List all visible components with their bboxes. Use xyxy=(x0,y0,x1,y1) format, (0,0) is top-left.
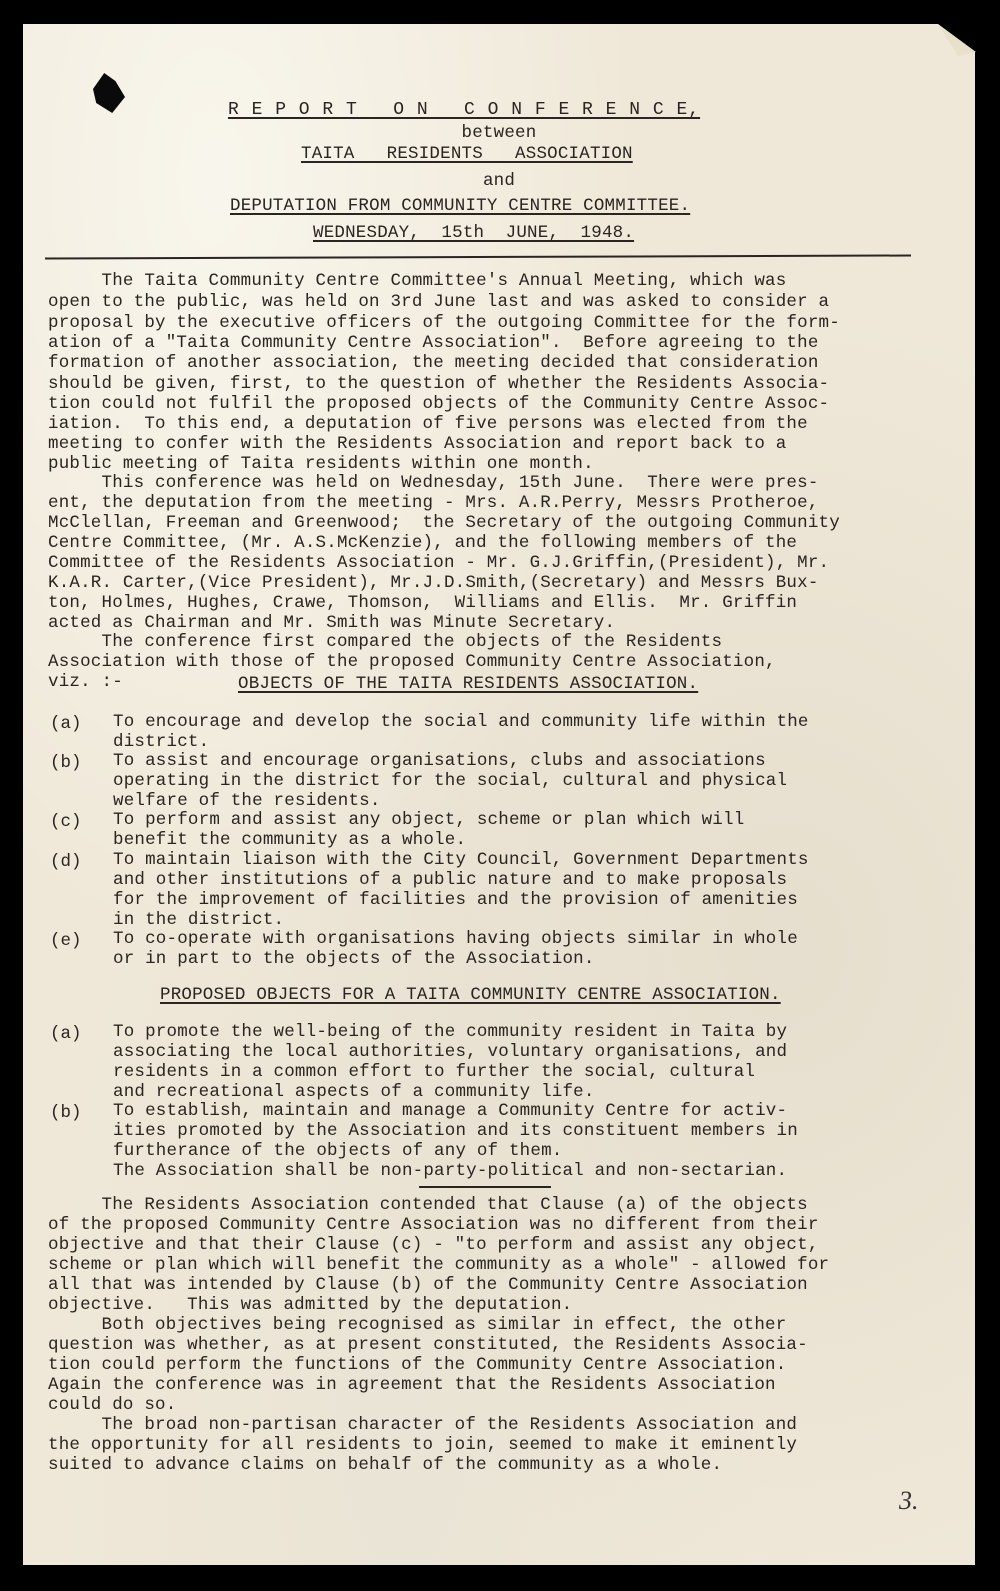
text-line: To assist and encourage organisations, c… xyxy=(113,751,766,771)
text-line: question was whether, as at present cons… xyxy=(48,1335,808,1355)
text-line: To maintain liaison with the City Counci… xyxy=(113,850,809,870)
text-line: and other institutions of a public natur… xyxy=(113,870,787,890)
text-line: To establish, maintain and manage a Comm… xyxy=(113,1101,787,1121)
text-line: objective. This was admitted by the depu… xyxy=(48,1295,572,1315)
party-one-title: TAITA RESIDENTS ASSOCIATION xyxy=(301,144,633,164)
text-line: Again the conference was in agreement th… xyxy=(48,1375,776,1395)
text-line: of the proposed Community Centre Associa… xyxy=(48,1215,819,1235)
text-line: the opportunity for all residents to joi… xyxy=(48,1435,797,1455)
item-label: (b) xyxy=(50,1103,82,1123)
text-line: objective and that their Clause (c) - "t… xyxy=(48,1235,819,1255)
text-line: To co-operate with organisations having … xyxy=(113,929,798,949)
text-line: iation. To this end, a deputation of fiv… xyxy=(48,414,808,434)
text-line: should be given, first, to the question … xyxy=(48,374,829,394)
text-line: public meeting of Taita residents within… xyxy=(48,454,594,474)
text-line: ton, Holmes, Hughes, Crawe, Thomson, Wil… xyxy=(48,593,797,613)
text-line: viz. :- xyxy=(48,672,123,692)
text-line: residents in a common effort to further … xyxy=(113,1062,755,1082)
page-number: 3. xyxy=(899,1486,919,1516)
text-line: Both objectives being recognised as simi… xyxy=(48,1315,786,1335)
party-two-title: DEPUTATION FROM COMMUNITY CENTRE COMMITT… xyxy=(230,196,690,216)
text-line: suited to advance claims on behalf of th… xyxy=(48,1455,722,1475)
section-heading: PROPOSED OBJECTS FOR A TAITA COMMUNITY C… xyxy=(160,985,781,1005)
text-line: Committee of the Residents Association -… xyxy=(48,553,829,573)
text-line: The Taita Community Centre Committee's A… xyxy=(48,271,786,291)
text-line: Association with those of the proposed C… xyxy=(48,652,776,672)
text-line: K.A.R. Carter,(Vice President), Mr.J.D.S… xyxy=(48,573,819,593)
item-label: (b) xyxy=(50,753,82,773)
section-heading: OBJECTS OF THE TAITA RESIDENTS ASSOCIATI… xyxy=(238,674,698,694)
text-line: The broad non-partisan character of the … xyxy=(48,1415,797,1435)
text-line: The Residents Association contended that… xyxy=(48,1195,808,1215)
report-title: R E P O R T O N C O N F E R E N C E, xyxy=(228,100,700,120)
item-label: (d) xyxy=(50,852,82,872)
text-line: furtherance of the objects of any of the… xyxy=(113,1141,562,1161)
conference-date: WEDNESDAY, 15th JUNE, 1948. xyxy=(313,223,634,243)
header-divider xyxy=(45,254,911,259)
between-label: between xyxy=(23,123,975,143)
text-line: To perform and assist any object, scheme… xyxy=(113,810,744,830)
text-line: formation of another association, the me… xyxy=(48,353,819,373)
text-line: ities promoted by the Association and it… xyxy=(113,1121,798,1141)
document-page: R E P O R T O N C O N F E R E N C E, bet… xyxy=(23,24,975,1565)
text-line: ent, the deputation from the meeting - M… xyxy=(48,493,819,513)
text-line: scheme or plan which will benefit the co… xyxy=(48,1255,829,1275)
text-line: ation of a "Taita Community Centre Assoc… xyxy=(48,333,819,353)
text-line: for the improvement of facilities and th… xyxy=(113,890,798,910)
text-line: McClellan, Freeman and Greenwood; the Se… xyxy=(48,513,840,533)
and-label: and xyxy=(23,171,975,191)
text-line: or in part to the objects of the Associa… xyxy=(113,949,595,969)
item-label: (a) xyxy=(50,714,82,734)
item-label: (e) xyxy=(50,931,82,951)
text-line: Centre Committee, (Mr. A.S.McKenzie), an… xyxy=(48,533,797,553)
text-line: tion could perform the functions of the … xyxy=(48,1355,786,1375)
text-line: benefit the community as a whole. xyxy=(113,830,466,850)
item-label: (c) xyxy=(50,812,82,832)
text-line: acted as Chairman and Mr. Smith was Minu… xyxy=(48,613,615,633)
text-line: proposal by the executive officers of th… xyxy=(48,313,840,333)
text-line: in the district. xyxy=(113,910,284,930)
text-line: To promote the well-being of the communi… xyxy=(113,1022,787,1042)
text-line: This conference was held on Wednesday, 1… xyxy=(48,473,819,493)
item-label: (a) xyxy=(50,1024,82,1044)
text-line: could do so. xyxy=(48,1395,176,1415)
text-line: all that was intended by Clause (b) of t… xyxy=(48,1275,808,1295)
text-line: welfare of the residents. xyxy=(113,791,381,811)
text-line: The conference first compared the object… xyxy=(48,632,722,652)
section-divider xyxy=(419,1186,551,1188)
text-line: open to the public, was held on 3rd June… xyxy=(48,292,829,312)
closing-statement: The Association shall be non-party-polit… xyxy=(113,1161,787,1181)
text-line: and recreational aspects of a community … xyxy=(113,1082,595,1102)
text-line: district. xyxy=(113,732,209,752)
text-line: associating the local authorities, volun… xyxy=(113,1042,787,1062)
text-line: tion could not fulfil the proposed objec… xyxy=(48,394,829,414)
text-line: operating in the district for the social… xyxy=(113,771,787,791)
text-line: To encourage and develop the social and … xyxy=(113,712,809,732)
text-line: meeting to confer with the Residents Ass… xyxy=(48,434,786,454)
